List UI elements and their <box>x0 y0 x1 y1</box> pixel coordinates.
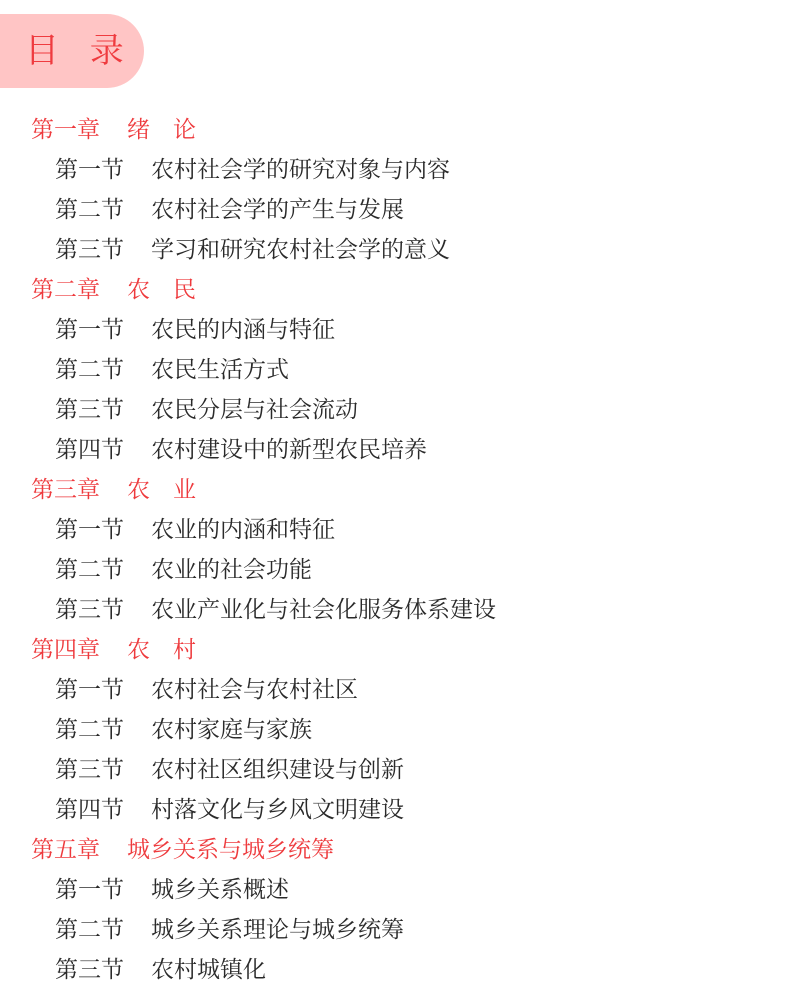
section-item[interactable]: 第三节农村社区组织建设与创新 <box>0 750 790 790</box>
section-title: 农村社会学的产生与发展 <box>151 197 404 223</box>
section-title: 村落文化与乡风文明建设 <box>151 797 404 823</box>
section-item[interactable]: 第二节农村社会学的产生与发展 <box>0 190 790 230</box>
section-title: 农村建设中的新型农民培养 <box>151 437 427 463</box>
section-title: 农村社会学的研究对象与内容 <box>151 157 450 183</box>
section-item[interactable]: 第四节村落文化与乡风文明建设 <box>0 790 790 830</box>
section-number: 第三节 <box>55 390 151 430</box>
chapter-number: 第一章 <box>31 110 127 150</box>
section-number: 第三节 <box>55 590 151 630</box>
section-item[interactable]: 第三节农村城镇化 <box>0 950 790 990</box>
chapter-heading[interactable]: 第二章农 民 <box>0 270 790 310</box>
page-title: 目 录 <box>25 34 134 68</box>
chapter-heading[interactable]: 第三章农 业 <box>0 470 790 510</box>
section-title: 农村社会与农村社区 <box>151 677 358 703</box>
section-title: 城乡关系概述 <box>151 877 289 903</box>
section-number: 第四节 <box>55 790 151 830</box>
section-title: 农村社区组织建设与创新 <box>151 757 404 783</box>
section-number: 第二节 <box>55 550 151 590</box>
section-number: 第四节 <box>55 430 151 470</box>
section-item[interactable]: 第二节农业的社会功能 <box>0 550 790 590</box>
section-number: 第三节 <box>55 750 151 790</box>
section-item[interactable]: 第二节农村家庭与家族 <box>0 710 790 750</box>
chapter-number: 第二章 <box>31 270 127 310</box>
section-item[interactable]: 第一节农村社会与农村社区 <box>0 670 790 710</box>
chapter-title: 绪 论 <box>127 117 196 143</box>
section-number: 第三节 <box>55 230 151 270</box>
chapter-heading[interactable]: 第四章农 村 <box>0 630 790 670</box>
chapter-title: 农 村 <box>127 637 196 663</box>
chapter-title: 农 民 <box>127 277 196 303</box>
section-number: 第二节 <box>55 910 151 950</box>
section-title: 农村城镇化 <box>151 957 266 983</box>
section-number: 第二节 <box>55 350 151 390</box>
chapter-heading[interactable]: 第一章绪 论 <box>0 110 790 150</box>
section-number: 第二节 <box>55 190 151 230</box>
section-title: 农民的内涵与特征 <box>151 317 335 343</box>
section-item[interactable]: 第三节农民分层与社会流动 <box>0 390 790 430</box>
section-number: 第三节 <box>55 950 151 990</box>
section-item[interactable]: 第二节城乡关系理论与城乡统筹 <box>0 910 790 950</box>
section-title: 学习和研究农村社会学的意义 <box>151 237 450 263</box>
chapter-number: 第四章 <box>31 630 127 670</box>
chapter-number: 第三章 <box>31 470 127 510</box>
table-of-contents: 第一章绪 论 第一节农村社会学的研究对象与内容 第二节农村社会学的产生与发展 第… <box>0 110 790 990</box>
section-item[interactable]: 第一节农业的内涵和特征 <box>0 510 790 550</box>
chapter-heading[interactable]: 第五章城乡关系与城乡统筹 <box>0 830 790 870</box>
section-number: 第一节 <box>55 510 151 550</box>
section-number: 第一节 <box>55 670 151 710</box>
section-number: 第一节 <box>55 150 151 190</box>
section-item[interactable]: 第三节农业产业化与社会化服务体系建设 <box>0 590 790 630</box>
toc-header-banner: 目 录 <box>0 14 144 88</box>
section-number: 第一节 <box>55 310 151 350</box>
section-item[interactable]: 第三节学习和研究农村社会学的意义 <box>0 230 790 270</box>
section-title: 城乡关系理论与城乡统筹 <box>151 917 404 943</box>
chapter-number: 第五章 <box>31 830 127 870</box>
section-number: 第二节 <box>55 710 151 750</box>
section-title: 农业的内涵和特征 <box>151 517 335 543</box>
section-number: 第一节 <box>55 870 151 910</box>
section-title: 农业产业化与社会化服务体系建设 <box>151 597 496 623</box>
chapter-title: 农 业 <box>127 477 196 503</box>
section-item[interactable]: 第一节农村社会学的研究对象与内容 <box>0 150 790 190</box>
section-item[interactable]: 第二节农民生活方式 <box>0 350 790 390</box>
section-item[interactable]: 第一节农民的内涵与特征 <box>0 310 790 350</box>
chapter-title: 城乡关系与城乡统筹 <box>127 837 334 863</box>
section-title: 农民分层与社会流动 <box>151 397 358 423</box>
section-item[interactable]: 第一节城乡关系概述 <box>0 870 790 910</box>
section-title: 农村家庭与家族 <box>151 717 312 743</box>
section-item[interactable]: 第四节农村建设中的新型农民培养 <box>0 430 790 470</box>
section-title: 农业的社会功能 <box>151 557 312 583</box>
section-title: 农民生活方式 <box>151 357 289 383</box>
